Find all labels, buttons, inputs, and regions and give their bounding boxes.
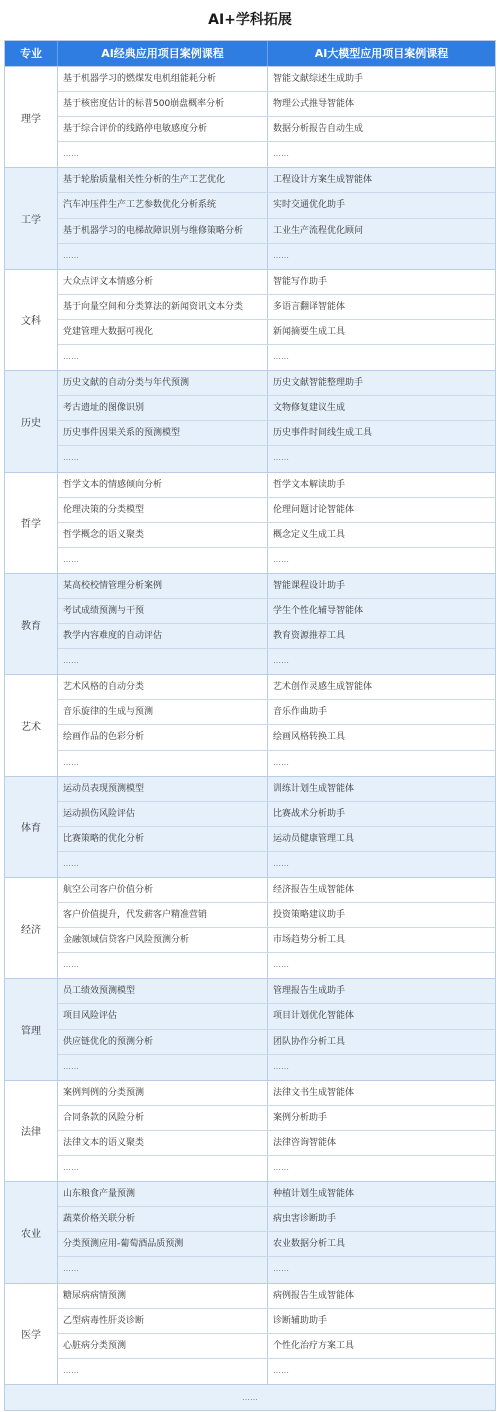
llm-course-cell: 工业生产流程优化顾问 xyxy=(268,219,495,243)
classic-course-cell: 糖尿病病情预测 xyxy=(58,1284,268,1308)
table-row: 基于向量空间和分类算法的新闻资讯文本分类多语言翻译智能体 xyxy=(58,295,495,320)
table-row: 艺术风格的自动分类艺术创作灵感生成智能体 xyxy=(58,675,495,700)
major-label: 体育 xyxy=(5,777,58,877)
table-row: 法律文本的语义聚类法律咨询智能体 xyxy=(58,1131,495,1156)
course-rows: 历史文献的自动分类与年代预测历史文献智能整理助手考古遗址的图像识别文物修复建议生… xyxy=(58,371,495,471)
llm-course-cell: 比赛战术分析助手 xyxy=(268,802,495,826)
table-row: 绘画作品的色彩分析绘画风格转换工具 xyxy=(58,725,495,750)
llm-course-cell: 概念定义生成工具 xyxy=(268,523,495,547)
table-row: 项目风险评估项目计划优化智能体 xyxy=(58,1004,495,1029)
classic-course-cell: 乙型病毒性肝炎诊断 xyxy=(58,1309,268,1333)
table-row: 基于核密度估计的标普500崩盘概率分析物理公式推导智能体 xyxy=(58,92,495,117)
major-section: 历史历史文献的自动分类与年代预测历史文献智能整理助手考古遗址的图像识别文物修复建… xyxy=(5,370,495,471)
table-row: 基于综合评价的线路停电敏感度分析数据分析报告自动生成 xyxy=(58,117,495,142)
table-row: ………… xyxy=(58,1055,495,1080)
table-row: 乙型病毒性肝炎诊断诊断辅助助手 xyxy=(58,1309,495,1334)
classic-course-cell: 山东粮食产量预测 xyxy=(58,1182,268,1206)
llm-course-cell: 多语言翻译智能体 xyxy=(268,295,495,319)
table-row: ………… xyxy=(58,953,495,978)
llm-course-cell: …… xyxy=(268,1055,495,1080)
classic-course-cell: …… xyxy=(58,751,268,776)
classic-course-cell: 分类预测应用-葡萄酒品质预测 xyxy=(58,1232,268,1256)
llm-course-cell: 案例分析助手 xyxy=(268,1106,495,1130)
classic-course-cell: 某高校校情管理分析案例 xyxy=(58,574,268,598)
llm-course-cell: 数据分析报告自动生成 xyxy=(268,117,495,141)
table-row: 金融领域信贷客户风险预测分析市场趋势分析工具 xyxy=(58,928,495,953)
table-row: ………… xyxy=(58,244,495,269)
table-row: 案例判例的分类预测法律文书生成智能体 xyxy=(58,1081,495,1106)
classic-course-cell: 伦理决策的分类模型 xyxy=(58,498,268,522)
header-classic-courses: AI经典应用项目案例课程 xyxy=(58,41,268,66)
classic-course-cell: …… xyxy=(58,1055,268,1080)
major-section: 艺术艺术风格的自动分类艺术创作灵感生成智能体音乐旋律的生成与预测音乐作曲助手绘画… xyxy=(5,674,495,775)
classic-course-cell: 哲学概念的语义聚类 xyxy=(58,523,268,547)
major-label: 农业 xyxy=(5,1182,58,1282)
table-row: 哲学文本的情感倾向分析哲学文本解读助手 xyxy=(58,473,495,498)
classic-course-cell: 绘画作品的色彩分析 xyxy=(58,725,268,749)
llm-course-cell: 个性化治疗方案工具 xyxy=(268,1334,495,1358)
table-row: ………… xyxy=(58,751,495,776)
major-label: 文科 xyxy=(5,270,58,370)
classic-course-cell: 蔬菜价格关联分析 xyxy=(58,1207,268,1231)
major-section: 哲学哲学文本的情感倾向分析哲学文本解读助手伦理决策的分类模型伦理问题讨论智能体哲… xyxy=(5,472,495,573)
llm-course-cell: 投资策略建议助手 xyxy=(268,903,495,927)
table-row: 分类预测应用-葡萄酒品质预测农业数据分析工具 xyxy=(58,1232,495,1257)
classic-course-cell: 音乐旋律的生成与预测 xyxy=(58,700,268,724)
course-rows: 糖尿病病情预测病例报告生成智能体乙型病毒性肝炎诊断诊断辅助助手心脏病分类预测个性… xyxy=(58,1284,495,1384)
table-row: 党建管理大数据可视化新闻摘要生成工具 xyxy=(58,320,495,345)
table-row: 航空公司客户价值分析经济报告生成智能体 xyxy=(58,878,495,903)
classic-course-cell: 基于核密度估计的标普500崩盘概率分析 xyxy=(58,92,268,116)
classic-course-cell: 基于机器学习的电梯故障识别与维修策略分析 xyxy=(58,219,268,243)
classic-course-cell: 艺术风格的自动分类 xyxy=(58,675,268,699)
classic-course-cell: 法律文本的语义聚类 xyxy=(58,1131,268,1155)
llm-course-cell: 伦理问题讨论智能体 xyxy=(268,498,495,522)
llm-course-cell: 新闻摘要生成工具 xyxy=(268,320,495,344)
llm-course-cell: 农业数据分析工具 xyxy=(268,1232,495,1256)
major-section: 文科大众点评文本情感分析智能写作助手基于向量空间和分类算法的新闻资讯文本分类多语… xyxy=(5,269,495,370)
course-rows: 案例判例的分类预测法律文书生成智能体合同条款的风险分析案例分析助手法律文本的语义… xyxy=(58,1081,495,1181)
table-row: 糖尿病病情预测病例报告生成智能体 xyxy=(58,1284,495,1309)
table-row: 音乐旋律的生成与预测音乐作曲助手 xyxy=(58,700,495,725)
major-section: 经济航空公司客户价值分析经济报告生成智能体客户价值提升，代发薪客户精准营销投资策… xyxy=(5,877,495,978)
classic-course-cell: …… xyxy=(58,1359,268,1384)
course-table: 专业 AI经典应用项目案例课程 AI大模型应用项目案例课程 理学基于机器学习的燃… xyxy=(4,40,496,1411)
major-label: 哲学 xyxy=(5,473,58,573)
llm-course-cell: …… xyxy=(268,1359,495,1384)
llm-course-cell: 艺术创作灵感生成智能体 xyxy=(268,675,495,699)
classic-course-cell: 历史事件因果关系的预测模型 xyxy=(58,421,268,445)
llm-course-cell: 团队协作分析工具 xyxy=(268,1030,495,1054)
classic-course-cell: 汽车冲压件生产工艺参数优化分析系统 xyxy=(58,193,268,217)
table-row: ………… xyxy=(58,649,495,674)
major-section: 医学糖尿病病情预测病例报告生成智能体乙型病毒性肝炎诊断诊断辅助助手心脏病分类预测… xyxy=(5,1283,495,1384)
llm-course-cell: …… xyxy=(268,142,495,167)
llm-course-cell: 法律咨询智能体 xyxy=(268,1131,495,1155)
llm-course-cell: 绘画风格转换工具 xyxy=(268,725,495,749)
major-label: 理学 xyxy=(5,67,58,167)
classic-course-cell: 运动损伤风险评估 xyxy=(58,802,268,826)
classic-course-cell: 考古遗址的图像识别 xyxy=(58,396,268,420)
llm-course-cell: 运动员健康管理工具 xyxy=(268,827,495,851)
llm-course-cell: …… xyxy=(268,1257,495,1282)
classic-course-cell: 项目风险评估 xyxy=(58,1004,268,1028)
table-row: ………… xyxy=(58,1156,495,1181)
llm-course-cell: …… xyxy=(268,548,495,573)
llm-course-cell: 法律文书生成智能体 xyxy=(268,1081,495,1105)
table-row: 历史事件因果关系的预测模型历史事件时间线生成工具 xyxy=(58,421,495,446)
classic-course-cell: …… xyxy=(58,1257,268,1282)
classic-course-cell: …… xyxy=(58,649,268,674)
table-row: ………… xyxy=(58,446,495,471)
llm-course-cell: …… xyxy=(268,751,495,776)
classic-course-cell: …… xyxy=(58,548,268,573)
llm-course-cell: 智能写作助手 xyxy=(268,270,495,294)
table-row: ………… xyxy=(58,142,495,167)
classic-course-cell: …… xyxy=(58,953,268,978)
table-row: 基于机器学习的燃煤发电机组能耗分析智能文献综述生成助手 xyxy=(58,67,495,92)
table-row: 历史文献的自动分类与年代预测历史文献智能整理助手 xyxy=(58,371,495,396)
table-row: 客户价值提升，代发薪客户精准营销投资策略建议助手 xyxy=(58,903,495,928)
classic-course-cell: 金融领域信贷客户风险预测分析 xyxy=(58,928,268,952)
llm-course-cell: 病虫害诊断助手 xyxy=(268,1207,495,1231)
llm-course-cell: 教育资源推荐工具 xyxy=(268,624,495,648)
llm-course-cell: 工程设计方案生成智能体 xyxy=(268,168,495,192)
major-label: 艺术 xyxy=(5,675,58,775)
classic-course-cell: 比赛策略的优化分析 xyxy=(58,827,268,851)
major-section: 农业山东粮食产量预测种植计划生成智能体蔬菜价格关联分析病虫害诊断助手分类预测应用… xyxy=(5,1181,495,1282)
classic-course-cell: 教学内容难度的自动评估 xyxy=(58,624,268,648)
table-row: 员工绩效预测模型管理报告生成助手 xyxy=(58,979,495,1004)
table-row: ………… xyxy=(58,548,495,573)
llm-course-cell: 实时交通优化助手 xyxy=(268,193,495,217)
table-row: ………… xyxy=(58,1359,495,1384)
llm-course-cell: 训练计划生成智能体 xyxy=(268,777,495,801)
major-section: 教育某高校校情管理分析案例智能课程设计助手考试成绩预测与干预学生个性化辅导智能体… xyxy=(5,573,495,674)
llm-course-cell: 经济报告生成智能体 xyxy=(268,878,495,902)
llm-course-cell: 智能课程设计助手 xyxy=(268,574,495,598)
table-row: 大众点评文本情感分析智能写作助手 xyxy=(58,270,495,295)
classic-course-cell: 供应链优化的预测分析 xyxy=(58,1030,268,1054)
table-row: 蔬菜价格关联分析病虫害诊断助手 xyxy=(58,1207,495,1232)
llm-course-cell: …… xyxy=(268,446,495,471)
header-llm-courses: AI大模型应用项目案例课程 xyxy=(268,41,495,66)
table-row: 考古遗址的图像识别文物修复建议生成 xyxy=(58,396,495,421)
table-row: ………… xyxy=(58,345,495,370)
table-row: 心脏病分类预测个性化治疗方案工具 xyxy=(58,1334,495,1359)
classic-course-cell: 航空公司客户价值分析 xyxy=(58,878,268,902)
classic-course-cell: 哲学文本的情感倾向分析 xyxy=(58,473,268,497)
classic-course-cell: 基于向量空间和分类算法的新闻资讯文本分类 xyxy=(58,295,268,319)
table-footer-more: …… xyxy=(5,1384,495,1410)
major-label: 医学 xyxy=(5,1284,58,1384)
llm-course-cell: 物理公式推导智能体 xyxy=(268,92,495,116)
table-row: ………… xyxy=(58,852,495,877)
classic-course-cell: 基于机器学习的燃煤发电机组能耗分析 xyxy=(58,67,268,91)
table-row: 某高校校情管理分析案例智能课程设计助手 xyxy=(58,574,495,599)
major-label: 教育 xyxy=(5,574,58,674)
table-header: 专业 AI经典应用项目案例课程 AI大模型应用项目案例课程 xyxy=(5,41,495,66)
classic-course-cell: …… xyxy=(58,1156,268,1181)
llm-course-cell: 管理报告生成助手 xyxy=(268,979,495,1003)
major-label: 法律 xyxy=(5,1081,58,1181)
llm-course-cell: 智能文献综述生成助手 xyxy=(268,67,495,91)
table-row: 山东粮食产量预测种植计划生成智能体 xyxy=(58,1182,495,1207)
llm-course-cell: 市场趋势分析工具 xyxy=(268,928,495,952)
table-row: ………… xyxy=(58,1257,495,1282)
course-rows: 员工绩效预测模型管理报告生成助手项目风险评估项目计划优化智能体供应链优化的预测分… xyxy=(58,979,495,1079)
llm-course-cell: 学生个性化辅导智能体 xyxy=(268,599,495,623)
table-row: 合同条款的风险分析案例分析助手 xyxy=(58,1106,495,1131)
table-row: 考试成绩预测与干预学生个性化辅导智能体 xyxy=(58,599,495,624)
table-row: 基于轮胎质量相关性分析的生产工艺优化工程设计方案生成智能体 xyxy=(58,168,495,193)
classic-course-cell: 大众点评文本情感分析 xyxy=(58,270,268,294)
classic-course-cell: …… xyxy=(58,345,268,370)
course-rows: 哲学文本的情感倾向分析哲学文本解读助手伦理决策的分类模型伦理问题讨论智能体哲学概… xyxy=(58,473,495,573)
classic-course-cell: 党建管理大数据可视化 xyxy=(58,320,268,344)
table-row: 教学内容难度的自动评估教育资源推荐工具 xyxy=(58,624,495,649)
llm-course-cell: 历史事件时间线生成工具 xyxy=(268,421,495,445)
llm-course-cell: …… xyxy=(268,649,495,674)
llm-course-cell: …… xyxy=(268,953,495,978)
llm-course-cell: 音乐作曲助手 xyxy=(268,700,495,724)
llm-course-cell: 诊断辅助助手 xyxy=(268,1309,495,1333)
classic-course-cell: 合同条款的风险分析 xyxy=(58,1106,268,1130)
header-major: 专业 xyxy=(5,41,58,66)
course-rows: 艺术风格的自动分类艺术创作灵感生成智能体音乐旋律的生成与预测音乐作曲助手绘画作品… xyxy=(58,675,495,775)
course-rows: 航空公司客户价值分析经济报告生成智能体客户价值提升，代发薪客户精准营销投资策略建… xyxy=(58,878,495,978)
major-label: 工学 xyxy=(5,168,58,268)
course-rows: 运动员表现预测模型训练计划生成智能体运动损伤风险评估比赛战术分析助手比赛策略的优… xyxy=(58,777,495,877)
classic-course-cell: …… xyxy=(58,446,268,471)
table-row: 供应链优化的预测分析团队协作分析工具 xyxy=(58,1030,495,1055)
table-body: 理学基于机器学习的燃煤发电机组能耗分析智能文献综述生成助手基于核密度估计的标普5… xyxy=(5,66,495,1384)
classic-course-cell: 运动员表现预测模型 xyxy=(58,777,268,801)
classic-course-cell: …… xyxy=(58,142,268,167)
classic-course-cell: …… xyxy=(58,852,268,877)
table-row: 汽车冲压件生产工艺参数优化分析系统实时交通优化助手 xyxy=(58,193,495,218)
course-rows: 大众点评文本情感分析智能写作助手基于向量空间和分类算法的新闻资讯文本分类多语言翻… xyxy=(58,270,495,370)
llm-course-cell: …… xyxy=(268,244,495,269)
llm-course-cell: 历史文献智能整理助手 xyxy=(268,371,495,395)
classic-course-cell: 员工绩效预测模型 xyxy=(58,979,268,1003)
llm-course-cell: …… xyxy=(268,345,495,370)
classic-course-cell: 客户价值提升，代发薪客户精准营销 xyxy=(58,903,268,927)
table-row: 伦理决策的分类模型伦理问题讨论智能体 xyxy=(58,498,495,523)
course-rows: 山东粮食产量预测种植计划生成智能体蔬菜价格关联分析病虫害诊断助手分类预测应用-葡… xyxy=(58,1182,495,1282)
classic-course-cell: 心脏病分类预测 xyxy=(58,1334,268,1358)
llm-course-cell: 种植计划生成智能体 xyxy=(268,1182,495,1206)
llm-course-cell: …… xyxy=(268,852,495,877)
major-label: 历史 xyxy=(5,371,58,471)
table-row: 哲学概念的语义聚类概念定义生成工具 xyxy=(58,523,495,548)
llm-course-cell: 项目计划优化智能体 xyxy=(268,1004,495,1028)
major-section: 工学基于轮胎质量相关性分析的生产工艺优化工程设计方案生成智能体汽车冲压件生产工艺… xyxy=(5,167,495,268)
major-section: 管理员工绩效预测模型管理报告生成助手项目风险评估项目计划优化智能体供应链优化的预… xyxy=(5,978,495,1079)
classic-course-cell: …… xyxy=(58,244,268,269)
course-rows: 某高校校情管理分析案例智能课程设计助手考试成绩预测与干预学生个性化辅导智能体教学… xyxy=(58,574,495,674)
table-row: 比赛策略的优化分析运动员健康管理工具 xyxy=(58,827,495,852)
course-rows: 基于轮胎质量相关性分析的生产工艺优化工程设计方案生成智能体汽车冲压件生产工艺参数… xyxy=(58,168,495,268)
classic-course-cell: 考试成绩预测与干预 xyxy=(58,599,268,623)
llm-course-cell: 哲学文本解读助手 xyxy=(268,473,495,497)
classic-course-cell: 历史文献的自动分类与年代预测 xyxy=(58,371,268,395)
table-row: 运动员表现预测模型训练计划生成智能体 xyxy=(58,777,495,802)
table-row: 运动损伤风险评估比赛战术分析助手 xyxy=(58,802,495,827)
page-title: AI+学科拓展 xyxy=(0,8,500,32)
llm-course-cell: …… xyxy=(268,1156,495,1181)
major-section: 体育运动员表现预测模型训练计划生成智能体运动损伤风险评估比赛战术分析助手比赛策略… xyxy=(5,776,495,877)
course-rows: 基于机器学习的燃煤发电机组能耗分析智能文献综述生成助手基于核密度估计的标普500… xyxy=(58,67,495,167)
major-label: 经济 xyxy=(5,878,58,978)
llm-course-cell: 文物修复建议生成 xyxy=(268,396,495,420)
major-section: 理学基于机器学习的燃煤发电机组能耗分析智能文献综述生成助手基于核密度估计的标普5… xyxy=(5,66,495,167)
table-row: 基于机器学习的电梯故障识别与维修策略分析工业生产流程优化顾问 xyxy=(58,219,495,244)
classic-course-cell: 基于综合评价的线路停电敏感度分析 xyxy=(58,117,268,141)
major-label: 管理 xyxy=(5,979,58,1079)
major-section: 法律案例判例的分类预测法律文书生成智能体合同条款的风险分析案例分析助手法律文本的… xyxy=(5,1080,495,1181)
classic-course-cell: 基于轮胎质量相关性分析的生产工艺优化 xyxy=(58,168,268,192)
classic-course-cell: 案例判例的分类预测 xyxy=(58,1081,268,1105)
llm-course-cell: 病例报告生成智能体 xyxy=(268,1284,495,1308)
